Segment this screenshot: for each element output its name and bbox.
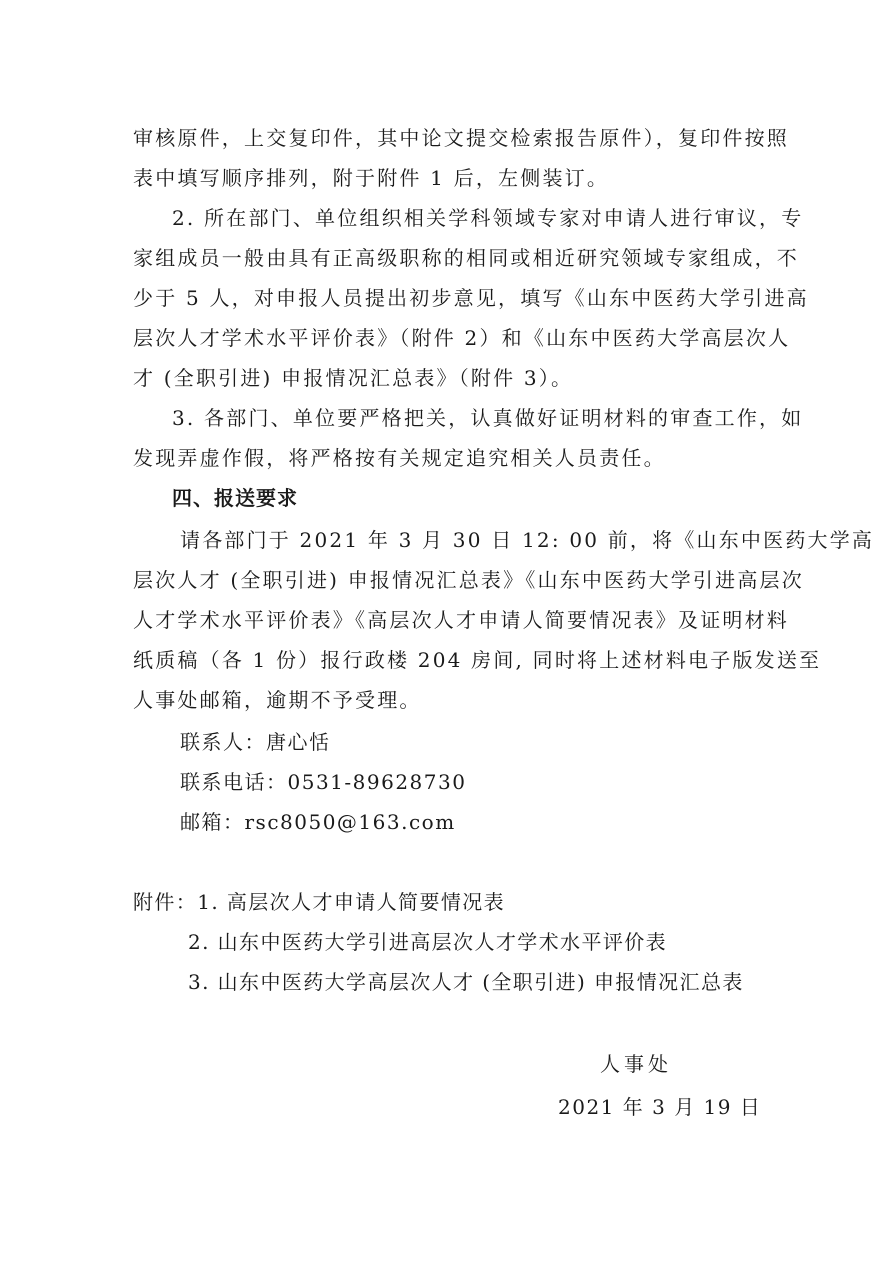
attachment-title: 3. 山东中医药大学高层次人才 (全职引进) 申报情况汇总表 [188,970,744,994]
contact-phone-number: 0531-89628730 [288,770,467,794]
contact-email-label: 邮箱： [180,810,245,834]
item-2-line: 层次人才学术水平评价表》（附件 2）和《山东中医药大学高层次人 [133,325,763,351]
attachment-item-2: 2. 山东中医药大学引进高层次人才学术水平评价表 [188,929,818,955]
attachment-title: 1. 高层次人才申请人简要情况表 [197,890,505,914]
contact-phone-label: 联系电话： [180,770,288,794]
section-4-line: 人事处邮箱，逾期不予受理。 [133,687,763,713]
item-3-line: 3. 各部门、单位要严格把关，认真做好证明材料的审查工作，如 [172,405,764,431]
attachment-title: 2. 山东中医药大学引进高层次人才学术水平评价表 [188,930,667,954]
attachments-label: 附件： [133,890,197,914]
section-4-line: 层次人才 (全职引进) 申报情况汇总表》《山东中医药大学引进高层次 [133,567,763,593]
contact-phone: 联系电话：0531-89628730 [180,769,810,795]
item-3-line: 发现弄虚作假，将严格按有关规定追究相关人员责任。 [133,445,763,471]
issuer-name: 人事处 [600,1051,672,1077]
contact-person: 联系人：唐心恬 [180,729,810,755]
section-4-line: 人才学术水平评价表》《高层次人才申请人简要情况表》及证明材料 [133,607,763,633]
paragraph-line: 审核原件，上交复印件，其中论文提交检索报告原件），复印件按照 [133,125,763,151]
attachment-item-1: 附件：1. 高层次人才申请人简要情况表 [133,889,763,915]
attachment-item-3: 3. 山东中医药大学高层次人才 (全职引进) 申报情况汇总表 [188,969,818,995]
section-heading: 四、报送要求 [172,485,802,511]
contact-person-label: 联系人： [180,730,266,754]
item-2-line: 少于 5 人，对申报人员提出初步意见，填写《山东中医药大学引进高 [133,285,763,311]
item-2-line: 2. 所在部门、单位组织相关学科领域专家对申请人进行审议，专 [172,205,764,231]
contact-person-name: 唐心恬 [266,730,331,754]
issue-date: 2021 年 3 月 19 日 [558,1094,761,1120]
paragraph-line: 表中填写顺序排列，附于附件 1 后，左侧装订。 [133,165,763,191]
section-4-line: 请各部门于 2021 年 3 月 30 日 12: 00 前，将《山东中医药大学… [180,527,764,553]
document-page: 审核原件，上交复印件，其中论文提交检索报告原件），复印件按照 表中填写顺序排列，… [0,0,893,1263]
contact-email-address: rsc8050@163.com [245,810,456,834]
item-2-line: 才 (全职引进) 申报情况汇总表》（附件 3）。 [133,365,763,391]
item-2-line: 家组成员一般由具有正高级职称的相同或相近研究领域专家组成，不 [133,245,763,271]
contact-email: 邮箱：rsc8050@163.com [180,809,810,835]
section-4-line: 纸质稿（各 1 份）报行政楼 204 房间, 同时将上述材料电子版发送至 [133,647,763,673]
